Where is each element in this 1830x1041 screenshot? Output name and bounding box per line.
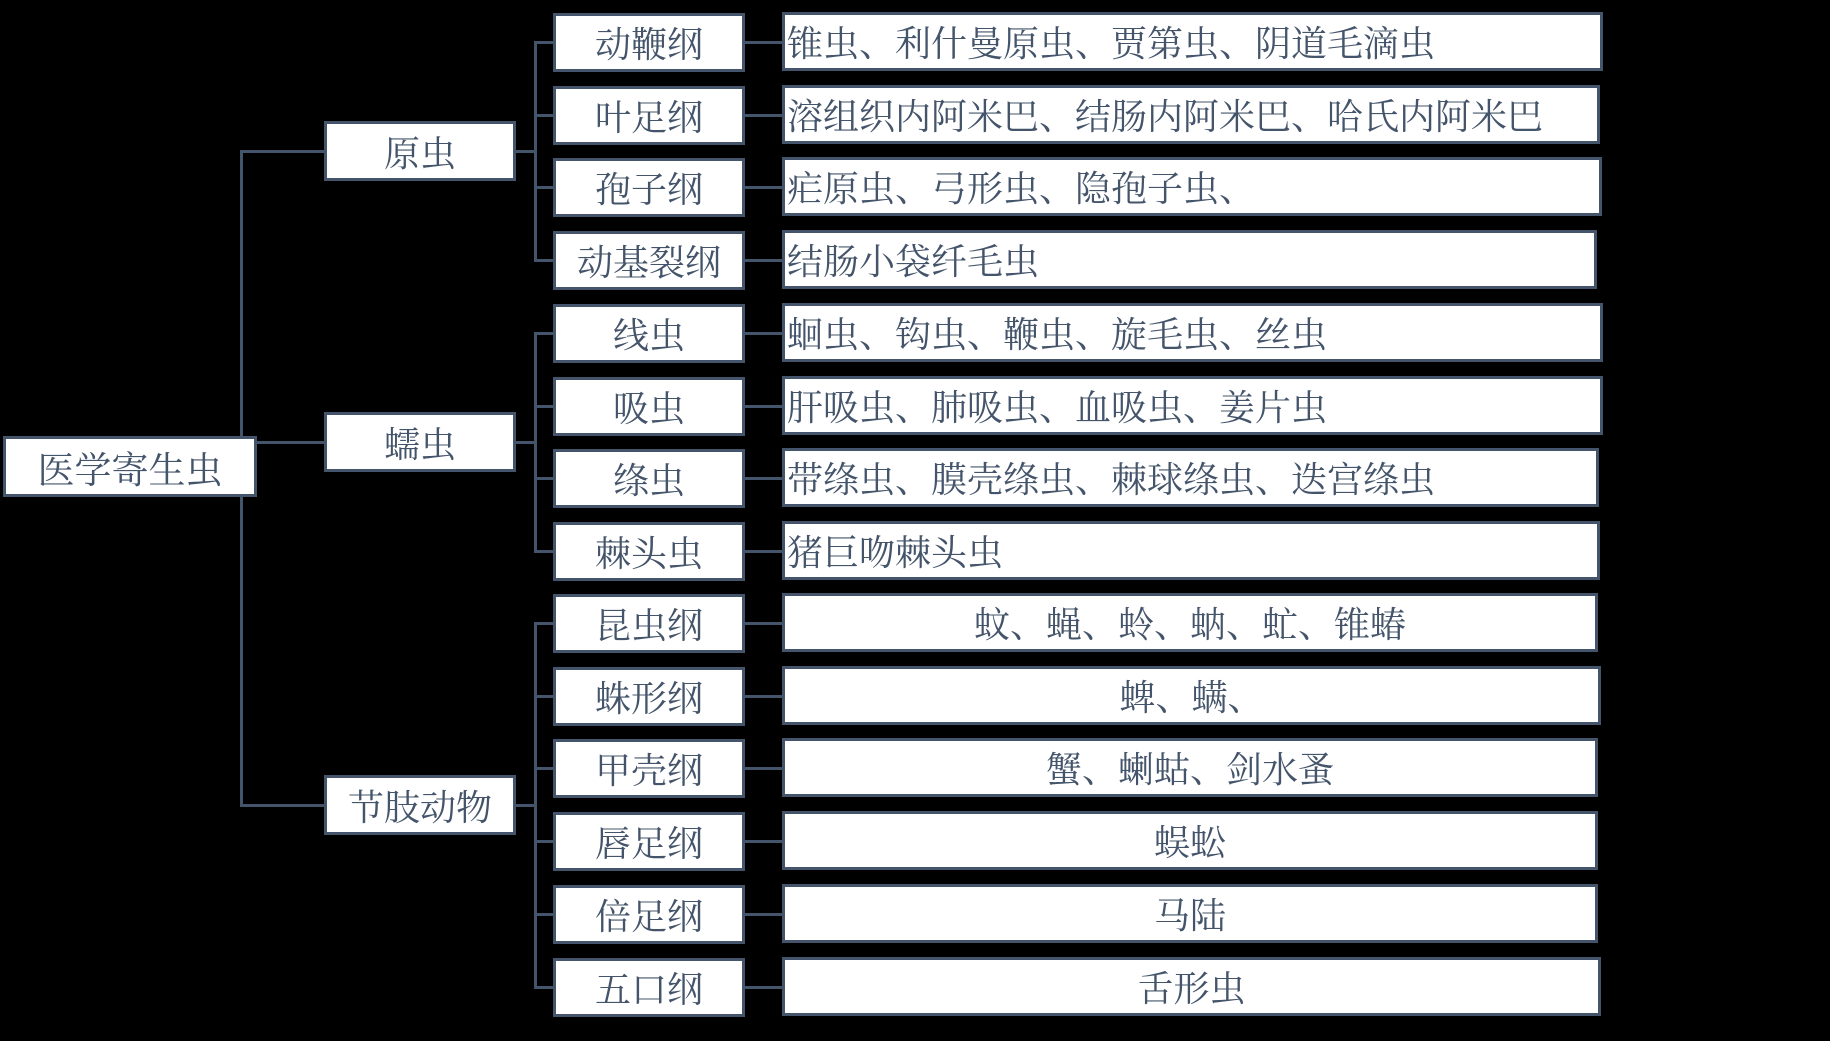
class-node: 甲壳纲 [553, 739, 745, 798]
examples-box: 蜈蚣 [782, 811, 1598, 870]
bracket-stub-helminths [514, 441, 536, 444]
bracket-stub-protozoa [514, 150, 536, 153]
examples-box: 蟹、蝲蛄、剑水蚤 [782, 738, 1598, 797]
bracket-stub-line [534, 259, 554, 262]
class-node: 绦虫 [553, 449, 745, 508]
examples-box: 溶组织内阿米巴、结肠内阿米巴、哈氏内阿米巴 [782, 85, 1600, 144]
branch-line-arthropods [240, 804, 326, 807]
examples-box: 锥虫、利什曼原虫、贾第虫、阴道毛滴虫 [782, 12, 1603, 71]
bracket-stub-line [534, 477, 554, 480]
connector-line [744, 550, 784, 553]
examples-box: 蛔虫、钩虫、鞭虫、旋毛虫、丝虫 [782, 303, 1603, 362]
class-node: 动鞭纲 [553, 13, 745, 72]
branch-line-protozoa [240, 150, 326, 153]
connector-line [744, 986, 784, 989]
class-node: 线虫 [553, 304, 745, 363]
bracket-stub-line [534, 840, 554, 843]
examples-box: 带绦虫、膜壳绦虫、棘球绦虫、迭宫绦虫 [782, 448, 1599, 507]
class-node: 吸虫 [553, 377, 745, 436]
connector-line [744, 186, 784, 189]
connector-line [744, 840, 784, 843]
connector-line [744, 114, 784, 117]
bracket-stub-line [534, 186, 554, 189]
bracket-stub-line [534, 622, 554, 625]
bracket-stub-line [534, 695, 554, 698]
class-node: 唇足纲 [553, 812, 745, 871]
examples-box: 疟原虫、弓形虫、隐孢子虫、 [782, 157, 1602, 216]
connector-line [744, 405, 784, 408]
class-node: 倍足纲 [553, 885, 745, 944]
class-node: 棘头虫 [553, 522, 745, 581]
bracket-stub-line [534, 114, 554, 117]
examples-box: 猪巨吻棘头虫 [782, 521, 1600, 580]
class-node: 蛛形纲 [553, 667, 745, 726]
group-node-helminths: 蠕虫 [324, 412, 516, 472]
class-node: 五口纲 [553, 958, 745, 1017]
bracket-stub-line [534, 405, 554, 408]
examples-box: 肝吸虫、肺吸虫、血吸虫、姜片虫 [782, 376, 1603, 435]
connector-line [744, 332, 784, 335]
connector-line [744, 695, 784, 698]
bracket-stub-arthropods [514, 804, 536, 807]
bracket-stub-line [534, 767, 554, 770]
class-node: 昆虫纲 [553, 594, 745, 653]
group-node-arthropods: 节肢动物 [324, 775, 516, 835]
bracket-stub-line [534, 986, 554, 989]
connector-line [744, 913, 784, 916]
connector-line [744, 41, 784, 44]
group-node-protozoa: 原虫 [324, 121, 516, 181]
connector-line [744, 477, 784, 480]
class-node: 动基裂纲 [553, 231, 745, 290]
bracket-stub-line [534, 550, 554, 553]
connector-line [744, 767, 784, 770]
class-node: 叶足纲 [553, 86, 745, 145]
bracket-stub-line [534, 332, 554, 335]
examples-box: 舌形虫 [782, 957, 1601, 1016]
bracket-stub-line [534, 913, 554, 916]
examples-box: 蚊、蝇、蛉、蚋、虻、锥蝽 [782, 593, 1598, 652]
connector-line [744, 259, 784, 262]
bracket-stub-line [534, 41, 554, 44]
examples-box: 马陆 [782, 884, 1598, 943]
connector-line [744, 622, 784, 625]
root-node: 医学寄生虫 [3, 436, 257, 497]
examples-box: 结肠小袋纤毛虫 [782, 230, 1597, 289]
class-node: 孢子纲 [553, 158, 745, 217]
examples-box: 蜱、螨、 [782, 666, 1601, 725]
